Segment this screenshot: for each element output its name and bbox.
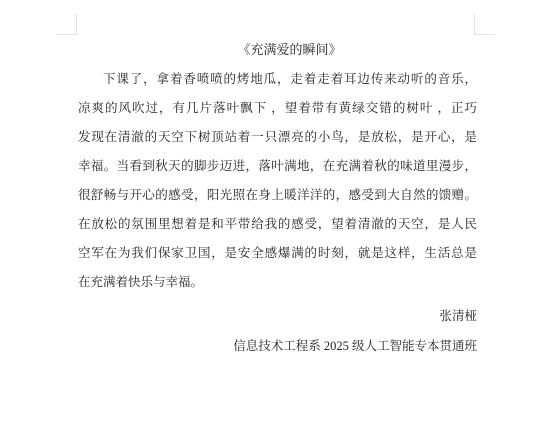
document-title: 《充满爱的瞬间》 — [78, 35, 477, 64]
paragraph-line: 凉爽的风吹过，有几片落叶飘下 ，望着带有黄绿交错的树叶 ，正巧 — [78, 94, 477, 123]
text-boundary-mark-left — [56, 14, 77, 35]
paragraph-line: 在放松的氛围里想着是和平带给我的感受，望着清澈的天空，是人民 — [78, 210, 477, 239]
paragraph-line: 在充满着快乐与幸福。 — [78, 268, 477, 297]
paragraph-line: 发现在清澈的天空下树顶站着一只漂亮的小鸟，是放松，是开心，是 — [78, 123, 477, 152]
document-page[interactable]: 《充满爱的瞬间》 下课了，拿着香喷喷的烤地瓜，走着走着耳边传来动听的音乐， 凉爽… — [0, 0, 553, 424]
author-affiliation: 信息技术工程系 2025 级人工智能专本贯通班 — [78, 332, 477, 361]
text-boundary-mark-right — [474, 14, 495, 35]
paragraph-line: 幸福。当看到秋天的脚步迈进，落叶满地，在充满着秋的味道里漫步， — [78, 152, 477, 181]
author-signature: 张清桠 — [78, 302, 477, 331]
paragraph-line: 下课了，拿着香喷喷的烤地瓜，走着走着耳边传来动听的音乐， — [78, 65, 477, 94]
paragraph-line: 很舒畅与开心的感受，阳光照在身上暖洋洋的，感受到大自然的馈赠。 — [78, 181, 477, 210]
paragraph-line: 空军在为我们保家卫国，是安全感爆满的时刻，就是这样，生活总是 — [78, 239, 477, 268]
essay-paragraph: 下课了，拿着香喷喷的烤地瓜，走着走着耳边传来动听的音乐， 凉爽的风吹过，有几片落… — [78, 65, 477, 297]
